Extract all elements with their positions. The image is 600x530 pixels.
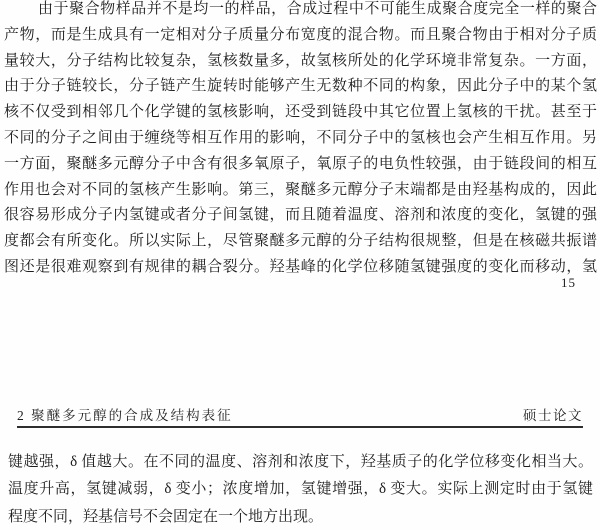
text-line: 由于聚合物样品并不是均一的样品，合成过程中不可能生成聚合度完全一样的聚合 (4, 0, 597, 23)
text-line: 产物，而是生成具有一定相对分子质量分布宽度的混合物。而且聚合物由于相对分子质 (4, 23, 597, 49)
text-line: 温度升高，氢键减弱，δ 变小；浓度增加，氢键增强，δ 变大。实际上测定时由于氢键 (8, 476, 593, 503)
running-header-chapter-title: 2 聚醚多元醇的合成及结构表征 (17, 407, 233, 424)
text-line: 作用也会对不同的氢核产生影响。第三，聚醚多元醇分子末端都是由羟基构成的，因此 (4, 178, 597, 204)
running-header: 2 聚醚多元醇的合成及结构表征 硕士论文 (17, 407, 583, 428)
body-paragraph-bottom: 键越强，δ 值越大。在不同的温度、溶剂和浓度下，羟基质子的化学位移变化相当大。温… (8, 449, 593, 530)
text-line: 很容易形成分子内氢键或者分子间氢键，而且随着温度、溶剂和浓度的变化，氢键的强 (4, 203, 597, 229)
text-line: 图还是很难观察到有规律的耦合裂分。羟基峰的化学位移随氢键强度的变化而移动，氢 (4, 255, 597, 281)
page-number: 15 (561, 275, 576, 291)
text-line: 键越强，δ 值越大。在不同的温度、溶剂和浓度下，羟基质子的化学位移变化相当大。 (8, 449, 593, 476)
text-line: 度都会有所变化。所以实际上，尽管聚醚多元醇的分子结构很规整，但是在核磁共振谱 (4, 229, 597, 255)
body-paragraph-top: 由于聚合物样品并不是均一的样品，合成过程中不可能生成聚合度完全一样的聚合产物，而… (4, 0, 597, 281)
text-line: 程度不同，羟基信号不会固定在一个地方出现。 (8, 504, 593, 530)
scanned-thesis-page: 由于聚合物样品并不是均一的样品，合成过程中不可能生成聚合度完全一样的聚合产物，而… (0, 0, 600, 530)
text-line: 由于分子链较长，分子链产生旋转时能够产生无数种不同的构象，因此分子中的某个氢 (4, 74, 597, 100)
text-line: 不同的分子之间由于缠绕等相互作用的影响，不同分子中的氢核也会产生相互作用。另 (4, 126, 597, 152)
text-line: 一方面，聚醚多元醇分子中含有很多氧原子，氧原子的电负性较强，由于链段间的相互 (4, 152, 597, 178)
running-header-thesis-type: 硕士论文 (523, 407, 583, 424)
text-line: 核不仅受到相邻几个化学键的氢核影响，还受到链段中其它位置上氢核的干扰。甚至于 (4, 100, 597, 126)
text-line: 量较大，分子结构比较复杂，氢核数量多，故氢核所处的化学环境非常复杂。一方面， (4, 49, 597, 75)
